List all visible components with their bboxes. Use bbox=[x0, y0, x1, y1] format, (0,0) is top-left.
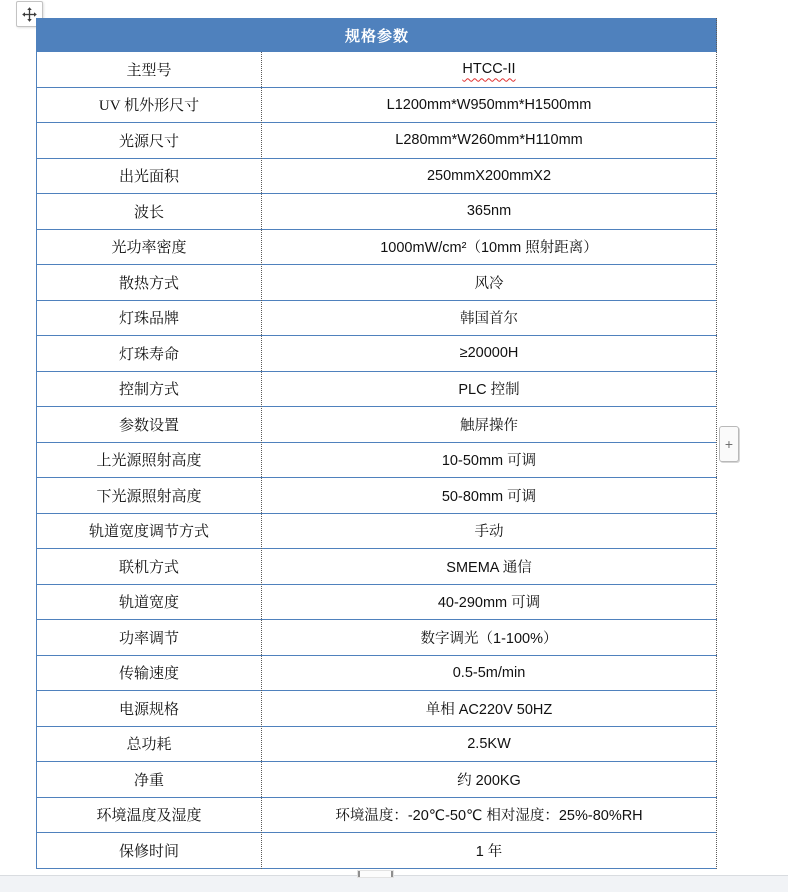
plus-icon: + bbox=[725, 436, 733, 452]
spec-label-cell[interactable]: 灯珠寿命 bbox=[37, 336, 261, 371]
spec-value-cell[interactable]: 1 年 bbox=[261, 833, 717, 868]
spec-value-text: SMEMA 通信 bbox=[446, 556, 531, 577]
spec-row: 净重约 200KG bbox=[37, 762, 717, 798]
spec-value-cell[interactable]: 风冷 bbox=[261, 265, 717, 300]
spec-value-text: 1000mW/cm²（10mm 照射距离） bbox=[380, 236, 598, 257]
spec-value-cell[interactable]: 环境温度：-20℃-50℃ 相对湿度：25%-80%RH bbox=[261, 798, 717, 833]
spec-label-text: 上光源照射高度 bbox=[96, 449, 201, 470]
spec-row: 下光源照射高度50-80mm 可调 bbox=[37, 478, 717, 514]
spec-row: 灯珠寿命≥20000H bbox=[37, 336, 717, 372]
spec-label-cell[interactable]: 上光源照射高度 bbox=[37, 443, 261, 478]
spec-value-text: 365nm bbox=[467, 203, 511, 219]
table-header-cell[interactable]: 规格参数 bbox=[37, 18, 717, 52]
spec-value-cell[interactable]: 触屏操作 bbox=[261, 407, 717, 442]
spec-label-cell[interactable]: 净重 bbox=[37, 762, 261, 797]
spec-value-text: 0.5-5m/min bbox=[453, 665, 526, 681]
spec-label-cell[interactable]: 控制方式 bbox=[37, 372, 261, 407]
spec-label-text: 轨道宽度 bbox=[119, 591, 179, 612]
spec-value-cell[interactable]: 1000mW/cm²（10mm 照射距离） bbox=[261, 230, 717, 265]
spec-value-cell[interactable]: 40-290mm 可调 bbox=[261, 585, 717, 620]
spec-label-cell[interactable]: 功率调节 bbox=[37, 620, 261, 655]
spec-label-cell[interactable]: 电源规格 bbox=[37, 691, 261, 726]
spec-row: 传输速度0.5-5m/min bbox=[37, 656, 717, 692]
spec-value-text: PLC 控制 bbox=[458, 378, 519, 399]
spec-label-text: 参数设置 bbox=[119, 414, 179, 435]
spec-value-text: 40-290mm 可调 bbox=[438, 591, 540, 612]
scroll-plus-button[interactable]: + bbox=[719, 426, 739, 462]
spec-row: 主型号HTCC-II bbox=[37, 52, 717, 88]
spec-label-cell[interactable]: 环境温度及湿度 bbox=[37, 798, 261, 833]
spec-row: 散热方式风冷 bbox=[37, 265, 717, 301]
spec-label-cell[interactable]: 下光源照射高度 bbox=[37, 478, 261, 513]
spec-label-cell[interactable]: 波长 bbox=[37, 194, 261, 229]
spec-value-text: L280mm*W260mm*H110mm bbox=[395, 132, 582, 148]
spec-value-cell[interactable]: SMEMA 通信 bbox=[261, 549, 717, 584]
spec-label-text: 传输速度 bbox=[119, 662, 179, 683]
spec-value-text: 2.5KW bbox=[467, 736, 511, 752]
spec-value-text: L1200mm*W950mm*H1500mm bbox=[387, 97, 592, 113]
spec-row: 保修时间1 年 bbox=[37, 833, 717, 869]
spec-label-cell[interactable]: 联机方式 bbox=[37, 549, 261, 584]
spec-row: UV 机外形尺寸L1200mm*W950mm*H1500mm bbox=[37, 88, 717, 124]
table-right-gridline bbox=[716, 18, 717, 869]
spec-value-cell[interactable]: 365nm bbox=[261, 194, 717, 229]
spec-row: 波长365nm bbox=[37, 194, 717, 230]
spec-label-cell[interactable]: 总功耗 bbox=[37, 727, 261, 762]
spec-value-cell[interactable]: PLC 控制 bbox=[261, 372, 717, 407]
spec-label-cell[interactable]: 散热方式 bbox=[37, 265, 261, 300]
spec-label-cell[interactable]: 光源尺寸 bbox=[37, 123, 261, 158]
column-divider-gridline bbox=[261, 52, 262, 869]
spec-value-cell[interactable]: 约 200KG bbox=[261, 762, 717, 797]
spec-label-text: 保修时间 bbox=[119, 840, 179, 861]
spec-label-text: 净重 bbox=[134, 769, 164, 790]
spec-label-cell[interactable]: 保修时间 bbox=[37, 833, 261, 868]
spec-label-cell[interactable]: 参数设置 bbox=[37, 407, 261, 442]
spec-label-text: 出光面积 bbox=[119, 165, 179, 186]
spec-label-text: 环境温度及湿度 bbox=[96, 804, 201, 825]
spec-row: 轨道宽度40-290mm 可调 bbox=[37, 585, 717, 621]
spec-value-cell[interactable]: 数字调光（1-100%） bbox=[261, 620, 717, 655]
spec-value-text: 风冷 bbox=[475, 272, 504, 293]
spec-value-cell[interactable]: L280mm*W260mm*H110mm bbox=[261, 123, 717, 158]
spec-value-cell[interactable]: 韩国首尔 bbox=[261, 301, 717, 336]
spec-value-cell[interactable]: ≥20000H bbox=[261, 336, 717, 371]
spec-label-text: UV 机外形尺寸 bbox=[99, 94, 199, 115]
spec-value-text: 数字调光（1-100%） bbox=[421, 627, 558, 648]
spec-label-text: 下光源照射高度 bbox=[96, 485, 201, 506]
spec-value-cell[interactable]: L1200mm*W950mm*H1500mm bbox=[261, 88, 717, 123]
spec-label-text: 功率调节 bbox=[119, 627, 179, 648]
spec-label-text: 主型号 bbox=[126, 59, 171, 80]
spec-label-cell[interactable]: 轨道宽度调节方式 bbox=[37, 514, 261, 549]
spec-value-text: ≥20000H bbox=[460, 345, 519, 361]
spec-value-text: 手动 bbox=[475, 520, 504, 541]
table-body: 主型号HTCC-IIUV 机外形尺寸L1200mm*W950mm*H1500mm… bbox=[37, 52, 717, 869]
move-icon bbox=[22, 7, 37, 22]
spec-label-text: 联机方式 bbox=[119, 556, 179, 577]
spec-label-text: 灯珠品牌 bbox=[119, 307, 179, 328]
spec-label-cell[interactable]: 光功率密度 bbox=[37, 230, 261, 265]
page-bottom-edge bbox=[0, 875, 788, 892]
spec-label-cell[interactable]: UV 机外形尺寸 bbox=[37, 88, 261, 123]
spec-row: 光源尺寸L280mm*W260mm*H110mm bbox=[37, 123, 717, 159]
spec-value-cell[interactable]: 10-50mm 可调 bbox=[261, 443, 717, 478]
spec-label-text: 控制方式 bbox=[119, 378, 179, 399]
spec-row: 上光源照射高度10-50mm 可调 bbox=[37, 443, 717, 479]
spec-value-text: 单相 AC220V 50HZ bbox=[426, 698, 553, 719]
spec-value-text: HTCC-II bbox=[462, 61, 515, 77]
spec-value-cell[interactable]: 0.5-5m/min bbox=[261, 656, 717, 691]
spec-label-text: 散热方式 bbox=[119, 272, 179, 293]
spec-row: 控制方式PLC 控制 bbox=[37, 372, 717, 408]
spec-value-text: 10-50mm 可调 bbox=[442, 449, 536, 470]
spec-row: 参数设置触屏操作 bbox=[37, 407, 717, 443]
spec-row: 功率调节数字调光（1-100%） bbox=[37, 620, 717, 656]
spec-value-text: 1 年 bbox=[476, 840, 503, 861]
spec-value-text: 约 200KG bbox=[457, 769, 521, 790]
spec-row: 电源规格单相 AC220V 50HZ bbox=[37, 691, 717, 727]
spec-value-cell[interactable]: HTCC-II bbox=[261, 52, 717, 87]
spec-value-text: 韩国首尔 bbox=[460, 307, 518, 328]
spec-value-text: 250mmX200mmX2 bbox=[427, 168, 551, 184]
spec-label-text: 波长 bbox=[134, 201, 164, 222]
spec-value-cell[interactable]: 手动 bbox=[261, 514, 717, 549]
spec-label-text: 光功率密度 bbox=[111, 236, 186, 257]
spec-row: 出光面积250mmX200mmX2 bbox=[37, 159, 717, 195]
spec-label-text: 电源规格 bbox=[119, 698, 179, 719]
spec-value-text: 50-80mm 可调 bbox=[442, 485, 536, 506]
spec-label-cell[interactable]: 传输速度 bbox=[37, 656, 261, 691]
table-title: 规格参数 bbox=[345, 25, 409, 46]
spec-row: 环境温度及湿度环境温度：-20℃-50℃ 相对湿度：25%-80%RH bbox=[37, 798, 717, 834]
spec-value-text: 触屏操作 bbox=[460, 414, 518, 435]
spec-value-cell[interactable]: 单相 AC220V 50HZ bbox=[261, 691, 717, 726]
spec-value-text: 环境温度：-20℃-50℃ 相对湿度：25%-80%RH bbox=[335, 804, 642, 825]
spec-row: 总功耗2.5KW bbox=[37, 727, 717, 763]
horizontal-scrollbar[interactable] bbox=[357, 870, 394, 878]
spec-row: 轨道宽度调节方式手动 bbox=[37, 514, 717, 550]
document-page: 规格参数 主型号HTCC-IIUV 机外形尺寸L1200mm*W950mm*H1… bbox=[0, 0, 788, 892]
spec-value-cell[interactable]: 250mmX200mmX2 bbox=[261, 159, 717, 194]
spec-value-cell[interactable]: 50-80mm 可调 bbox=[261, 478, 717, 513]
spec-label-cell[interactable]: 灯珠品牌 bbox=[37, 301, 261, 336]
spec-label-text: 总功耗 bbox=[126, 733, 171, 754]
spec-label-text: 轨道宽度调节方式 bbox=[89, 520, 209, 541]
scrollbar-right-cap bbox=[391, 871, 393, 877]
spec-row: 联机方式SMEMA 通信 bbox=[37, 549, 717, 585]
scrollbar-left-cap bbox=[358, 871, 360, 877]
spec-label-cell[interactable]: 主型号 bbox=[37, 52, 261, 87]
spec-value-cell[interactable]: 2.5KW bbox=[261, 727, 717, 762]
spec-row: 灯珠品牌韩国首尔 bbox=[37, 301, 717, 337]
spec-table: 规格参数 主型号HTCC-IIUV 机外形尺寸L1200mm*W950mm*H1… bbox=[36, 18, 717, 869]
spec-label-cell[interactable]: 轨道宽度 bbox=[37, 585, 261, 620]
spec-label-text: 灯珠寿命 bbox=[119, 343, 179, 364]
spec-label-cell[interactable]: 出光面积 bbox=[37, 159, 261, 194]
spec-row: 光功率密度1000mW/cm²（10mm 照射距离） bbox=[37, 230, 717, 266]
spec-label-text: 光源尺寸 bbox=[119, 130, 179, 151]
